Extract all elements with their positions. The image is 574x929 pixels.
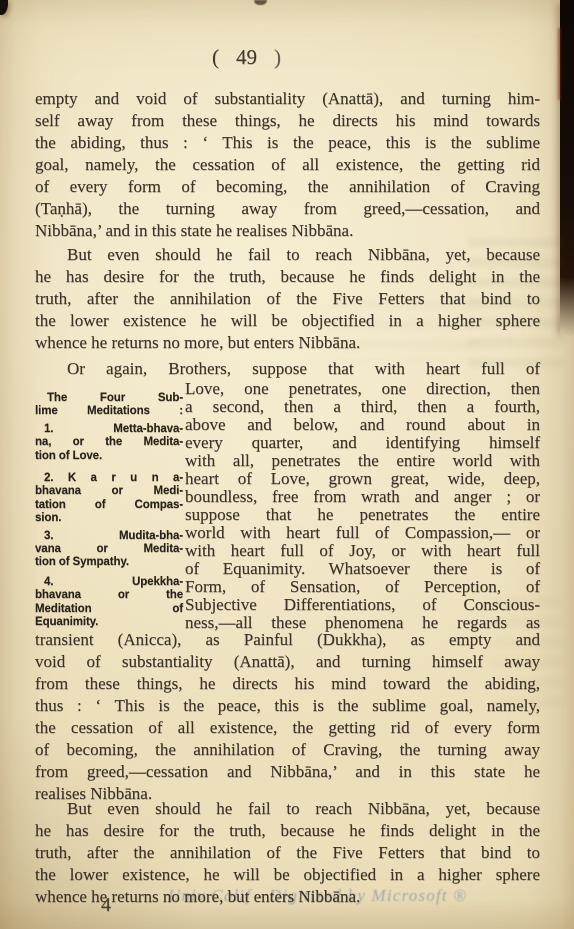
text-line: boundless, free from wrath and anger ; o…: [185, 488, 540, 506]
text-line: truth, after the annihilation of the Fiv…: [35, 288, 540, 310]
text-line: whence he returns no more, but enters Ni…: [35, 886, 540, 908]
text-line: tion of Sympathy.: [35, 556, 183, 569]
text-line: Equanimity.: [35, 616, 183, 629]
text-line: Or again, Brothers, suppose that with he…: [35, 358, 540, 380]
text-line: bhavana or Medi-: [35, 485, 183, 498]
text-line: sion.: [35, 512, 183, 525]
text-line: the abiding, thus : ‘ This is the peace,…: [35, 132, 540, 154]
text-line: na, or the Medita-: [35, 436, 183, 449]
text-line: of becoming, the annihilation of Craving…: [35, 739, 540, 761]
page-number-header: ( 49 ): [212, 45, 281, 70]
meditation-outro: transient (Anicca), as Painful (Dukkha),…: [35, 629, 540, 805]
meditation-row: The Four Sub-lime Meditations : 1. Metta…: [35, 380, 540, 632]
page-edge-nick: [254, 0, 267, 5]
text-line: self away from these things, he directs …: [35, 110, 540, 132]
text-line: But even should he fail to reach Nibbāna…: [35, 798, 540, 820]
meditation-body-column: Love, one penetrates, one direction, the…: [185, 380, 540, 632]
meditation-section: Or again, Brothers, suppose that with he…: [35, 358, 540, 632]
text-line: of Equanimity. Whatsoever there is of: [185, 560, 540, 578]
text-line: empty and void of substantiality (Anattā…: [35, 88, 540, 110]
close-paren: ): [274, 45, 281, 70]
text-line: 4. Upekkha-: [35, 576, 183, 589]
paragraph-continuation: empty and void of substantiality (Anattā…: [35, 88, 540, 242]
text-line: from greed,—cessation and Nibbāna,’ and …: [35, 761, 540, 783]
text-line: Form, of Sensation, of Perception, of: [185, 578, 540, 596]
text-line: the lower existence he will be objectifi…: [35, 310, 540, 332]
text-line: world with heart full of Compassion,— or: [185, 524, 540, 542]
text-line: Meditation of: [35, 603, 183, 616]
text-line: of every form of becoming, the annihilat…: [35, 176, 540, 198]
text-line: with heart full of Joy, or with heart fu…: [185, 542, 540, 560]
margin-note-item-karuna: 2. K a r u n a-bhavana or Medi-tation of…: [35, 472, 183, 526]
text-line: lime Meditations :: [35, 405, 183, 418]
text-line: heart of Love, grown great, wide, deep,: [185, 470, 540, 488]
margin-note-item-mudita: 3. Mudita-bha-vana or Medita-tion of Sym…: [35, 530, 183, 570]
book-cover-edge-shadow: [560, 0, 574, 338]
text-line: he has desire for the truth, because he …: [35, 820, 540, 842]
text-line: a second, then a third, then a fourth,: [185, 398, 540, 416]
page-number: 49: [236, 45, 257, 70]
text-line: the cessation of all existence, the gett…: [35, 717, 540, 739]
margin-note-item-upekkha: 4. Upekkha-bhavana or theMeditation ofEq…: [35, 576, 183, 630]
margin-note-item-metta: 1. Metta-bhava-na, or the Medita-tion of…: [35, 423, 183, 463]
text-line: tion of Love.: [35, 450, 183, 463]
text-line: goal, namely, the cessation of all exist…: [35, 154, 540, 176]
text-line: thus : ‘ This is the peace, this is the …: [35, 695, 540, 717]
text-line: 1. Metta-bhava-: [35, 423, 183, 436]
text-line: The Four Sub-: [35, 392, 183, 405]
text-line: whence he returns no more, but enters Ni…: [35, 332, 540, 354]
text-line: from these things, he directs his mind t…: [35, 673, 540, 695]
text-line: void of substantiality (Anattā), and tur…: [35, 651, 540, 673]
open-paren: (: [212, 45, 219, 70]
margin-note: The Four Sub-lime Meditations : 1. Metta…: [35, 392, 183, 630]
margin-note-heading: The Four Sub-lime Meditations :: [35, 392, 183, 419]
text-line: vana or Medita-: [35, 543, 183, 556]
text-line: Nibbāna,’ and in this state he realises …: [35, 220, 540, 242]
meditation-intro-line: Or again, Brothers, suppose that with he…: [35, 358, 540, 380]
text-line: above and below, and round about in: [185, 416, 540, 434]
text-line: he has desire for the truth, because he …: [35, 266, 540, 288]
scanned-book-page: ( 49 ) empty and void of substantiality …: [0, 0, 574, 929]
text-line: transient (Anicca), as Painful (Dukkha),…: [35, 629, 540, 651]
text-line: every quarter, and identifying himself: [185, 434, 540, 452]
text-line: But even should he fail to reach Nibbāna…: [35, 244, 540, 266]
text-line: truth, after the annihilation of the Fiv…: [35, 842, 540, 864]
text-line: suppose that he penetrates the entire: [185, 506, 540, 524]
paragraph-fail-to-reach-repeat: But even should he fail to reach Nibbāna…: [35, 798, 540, 908]
text-line: (Taṇhā), the turning away from greed,—ce…: [35, 198, 540, 220]
text-line: 2. K a r u n a-: [35, 472, 183, 485]
paragraph-fail-to-reach: But even should he fail to reach Nibbāna…: [35, 244, 540, 354]
text-line: with all, penetrates the entire world wi…: [185, 452, 540, 470]
text-line: Subjective Differentiations, of Consciou…: [185, 596, 540, 614]
text-line: 3. Mudita-bha-: [35, 530, 183, 543]
gutter-corner-shadow: [0, 0, 8, 15]
text-line: the lower existence, he will be objectif…: [35, 864, 540, 886]
text-line: bhavana or the: [35, 589, 183, 602]
text-line: tation of Compas-: [35, 499, 183, 512]
text-line: Love, one penetrates, one direction, the…: [185, 380, 540, 398]
